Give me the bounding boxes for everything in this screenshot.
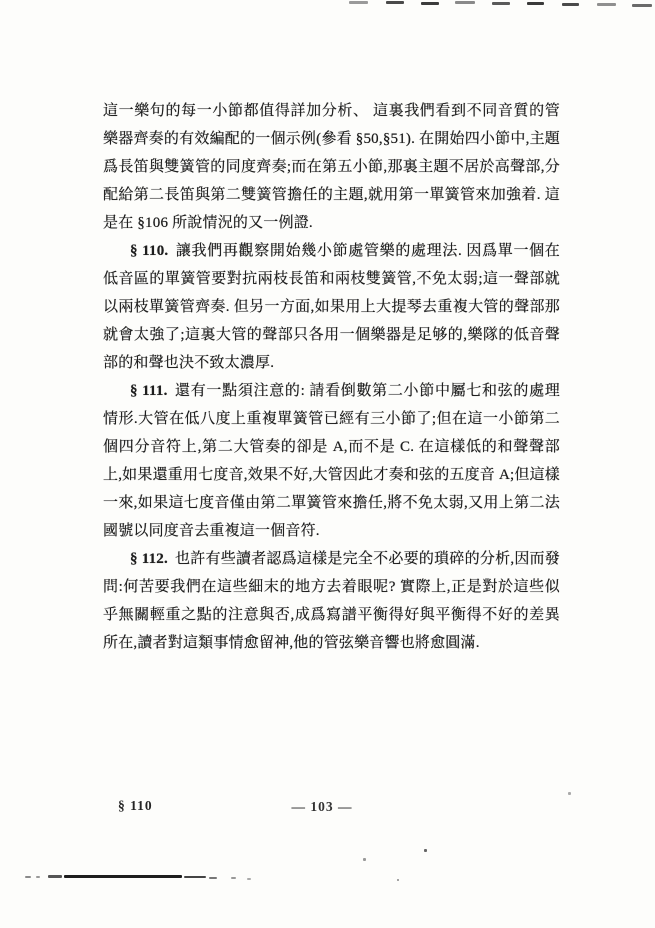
paragraph: § 112.也許有些讀者認爲這樣是完全不必要的瑣碎的分析,因而發問:何苦要我們在… — [103, 545, 560, 657]
scan-smudge — [209, 877, 217, 879]
scan-smudge — [568, 792, 571, 795]
footer-page-number: — 103 — — [0, 799, 644, 815]
paragraph: 這一樂句的每一小節都值得詳加分析、 這裏我們看到不同音質的管樂器齊奏的有效編配的… — [103, 97, 560, 237]
paragraph-text: 這一樂句的每一小節都值得詳加分析、 這裏我們看到不同音質的管樂器齊奏的有效編配的… — [103, 103, 560, 231]
section-number: § 112. — [130, 551, 168, 567]
paragraph-text: 讓我們再觀察開始幾小節處管樂的處理法. 因爲單一個在低音區的單簧管要對抗兩枝長笛… — [103, 243, 560, 371]
scan-dash — [632, 4, 652, 7]
scan-dash — [597, 3, 616, 6]
scanned-book-page: 這一樂句的每一小節都值得詳加分析、 這裏我們看到不同音質的管樂器齊奏的有效編配的… — [0, 0, 655, 928]
scan-dash — [527, 2, 544, 5]
scan-smudge — [247, 878, 251, 880]
scan-smudge — [231, 877, 236, 879]
paragraph-text: 也許有些讀者認爲這樣是完全不必要的瑣碎的分析,因而發問:何苦要我們在這些細末的地… — [103, 551, 560, 651]
scan-smudge — [363, 858, 366, 861]
scan-dash — [455, 1, 475, 4]
paragraph-text: 還有一點須注意的: 請看倒數第二小節中屬七和弦的處理情形.大管在低八度上重複單簧… — [103, 383, 560, 539]
scan-dash — [421, 2, 439, 5]
page-body-text: 這一樂句的每一小節都值得詳加分析、 這裏我們看到不同音質的管樂器齊奏的有效編配的… — [103, 97, 560, 657]
paragraph: § 110.讓我們再觀察開始幾小節處管樂的處理法. 因爲單一個在低音區的單簧管要… — [103, 237, 560, 377]
scan-smudge — [424, 849, 427, 852]
scan-smudge — [48, 875, 62, 878]
scan-dash — [562, 3, 579, 6]
scan-smudge — [397, 879, 399, 881]
scan-smudge — [25, 876, 31, 878]
section-number: § 111. — [130, 383, 168, 399]
scan-dash — [492, 2, 510, 5]
scan-smudge — [36, 876, 40, 878]
scan-smudge — [64, 875, 182, 878]
scan-dash — [386, 1, 404, 4]
scan-dash — [349, 1, 368, 4]
section-number: § 110. — [130, 243, 168, 259]
paragraph: § 111.還有一點須注意的: 請看倒數第二小節中屬七和弦的處理情形.大管在低八… — [103, 377, 560, 545]
scan-artifact-top-dashes — [0, 0, 655, 10]
scan-smudge — [184, 876, 206, 878]
